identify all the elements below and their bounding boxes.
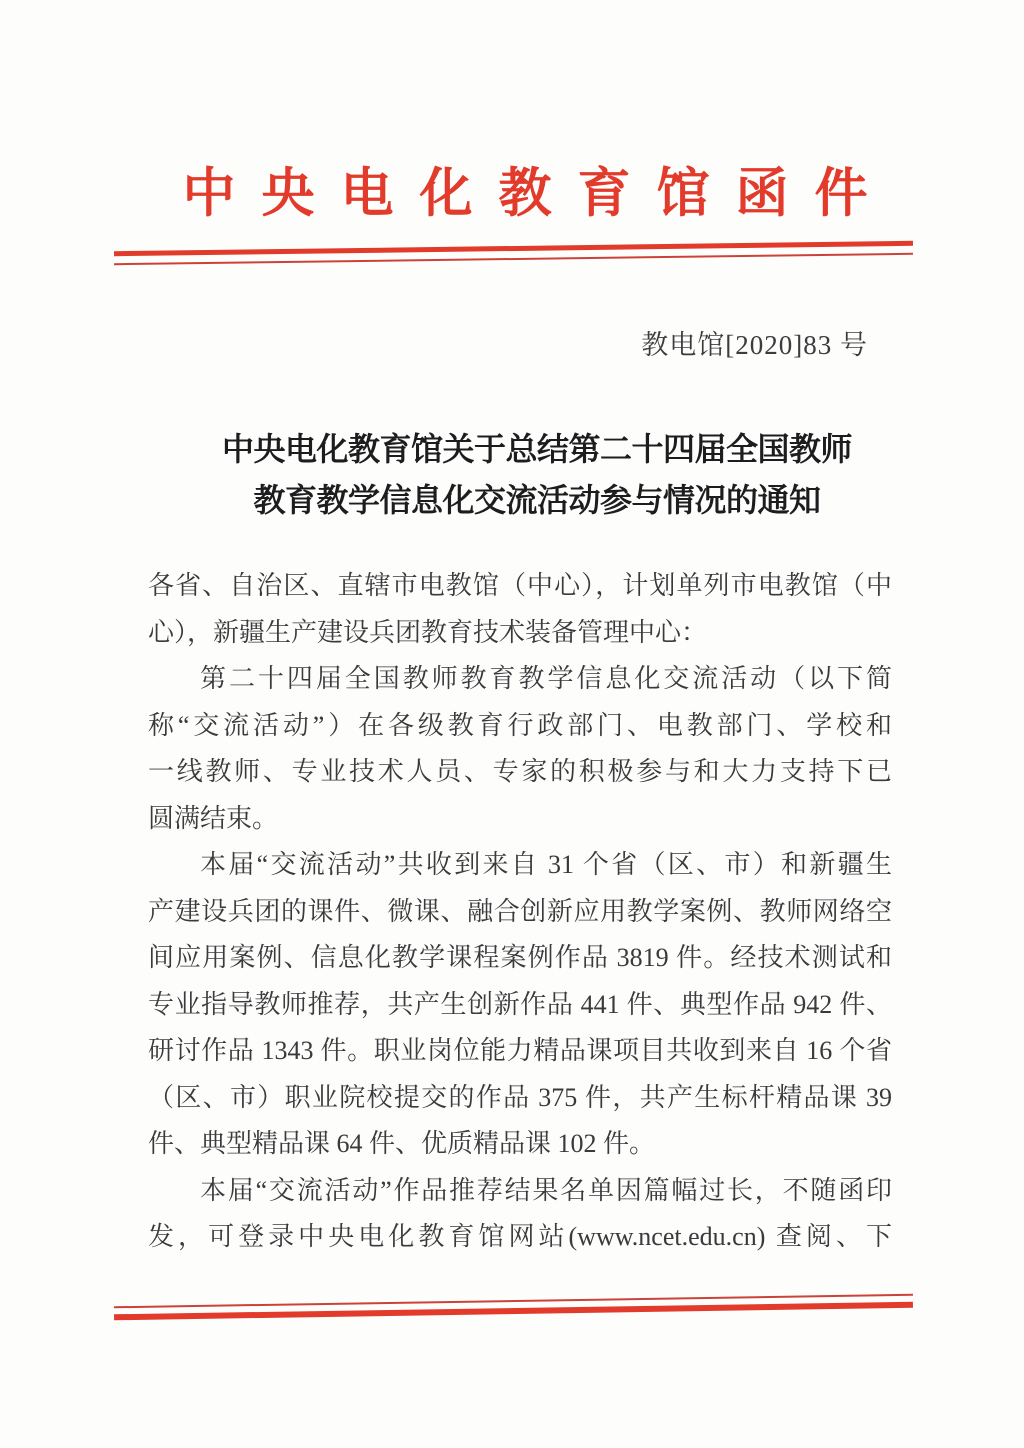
body-line: 一线教师、专业技术人员、专家的积极参与和大力支持下已 bbox=[148, 749, 892, 796]
body-line: 本届“交流活动”共收到来自 31 个省（区、市）和新疆生 bbox=[148, 842, 892, 889]
body-line: 第二十四届全国教师教育教学信息化交流活动（以下简 bbox=[148, 656, 892, 703]
body-line: 研讨作品 1343 件。职业岗位能力精品课项目共收到来自 16 个省 bbox=[148, 1028, 892, 1075]
doc-title: 中央电化教育馆关于总结第二十四届全国教师 教育教学信息化交流活动参与情况的通知 bbox=[25, 424, 1024, 526]
doc-title-line-2: 教育教学信息化交流活动参与情况的通知 bbox=[25, 475, 1024, 526]
body-line: 间应用案例、信息化教学课程案例作品 3819 件。经技术测试和 bbox=[148, 935, 892, 982]
letterhead-title: 中央电化教育馆函件 bbox=[0, 162, 1024, 226]
body-line: 本届“交流活动”作品推荐结果名单因篇幅过长，不随函印 bbox=[148, 1168, 892, 1215]
body-line: 专业指导教师推荐，共产生创新作品 441 件、典型作品 942 件、 bbox=[148, 982, 892, 1029]
body-text: 各省、自治区、直辖市电教馆（中心），计划单列市电教馆（中心），新疆生产建设兵团教… bbox=[148, 563, 892, 1261]
document-page: 中央电化教育馆函件 教电馆[2020]83 号 中央电化教育馆关于总结第二十四届… bbox=[0, 0, 1024, 1448]
body-line: 心），新疆生产建设兵团教育技术装备管理中心： bbox=[148, 610, 892, 657]
doc-title-line-1: 中央电化教育馆关于总结第二十四届全国教师 bbox=[25, 424, 1024, 475]
doc-number: 教电馆[2020]83 号 bbox=[641, 328, 868, 362]
body-line: 产建设兵团的课件、微课、融合创新应用教学案例、教师网络空 bbox=[148, 889, 892, 936]
body-line: 圆满结束。 bbox=[148, 796, 892, 843]
body-line: 各省、自治区、直辖市电教馆（中心），计划单列市电教馆（中 bbox=[148, 563, 892, 610]
body-line: 件、典型精品课 64 件、优质精品课 102 件。 bbox=[148, 1121, 892, 1168]
body-line: （区、市）职业院校提交的作品 375 件，共产生标杆精品课 39 bbox=[148, 1075, 892, 1122]
body-line: 发，可登录中央电化教育馆网站(www.ncet.edu.cn) 查阅、下 bbox=[148, 1214, 892, 1261]
body-line: 称“交流活动”）在各级教育行政部门、电教部门、学校和 bbox=[148, 703, 892, 750]
